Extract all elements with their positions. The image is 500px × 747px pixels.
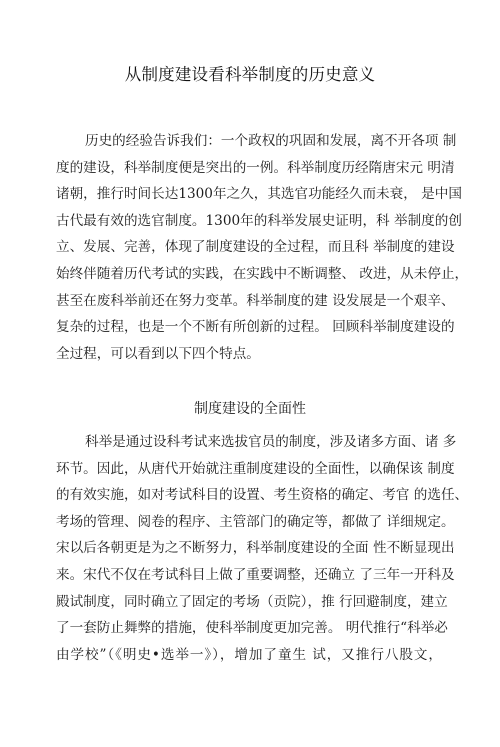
paragraph-intro: 历史的经验告诉我们：一个政权的巩固和发展，离不开各项 制 度的建设，科举制度便是…	[56, 128, 442, 367]
paragraph-line: 度的建设，科举制度便是突出的一例。科举制度历经隋唐宋元 明清	[56, 155, 442, 182]
paragraph-line: 宋以后各朝更是为之不断努力，科举制度建设的全面 性不断显现出	[56, 535, 442, 562]
paragraph-line: 科举是通过设科考试来选拔官员的制度，涉及诸多方面、诸 多	[56, 429, 442, 456]
paragraph-line: 全过程，可以看到以下四个特点。	[56, 341, 442, 368]
section-heading: 制度建设的全面性	[0, 398, 500, 418]
paragraph-line: 立、发展、完善，体现了制度建设的全过程，而且科 举制度的建设	[56, 234, 442, 261]
document-title: 从制度建设看科举制度的历史意义	[0, 61, 500, 85]
paragraph-line: 了一套防止舞弊的措施，使科举制度更加完善。 明代推行“科举必	[56, 615, 442, 642]
paragraph-line: 始终伴随着历代考试的实践，在实践中不断调整、 改进，从未停止，	[56, 261, 442, 288]
document-page: 从制度建设看科举制度的历史意义 历史的经验告诉我们：一个政权的巩固和发展，离不开…	[0, 0, 500, 747]
paragraph-line: 来。宋代不仅在考试科目上做了重要调整，还确立 了三年一开科及	[56, 562, 442, 589]
paragraph-line: 古代最有效的选官制度。1300年的科举发展史证明，科 举制度的创	[56, 208, 442, 235]
paragraph-line: 环节。因此，从唐代开始就注重制度建设的全面性，以确保该 制度	[56, 456, 442, 483]
paragraph-line: 历史的经验告诉我们：一个政权的巩固和发展，离不开各项 制	[56, 128, 442, 155]
paragraph-line: 考场的管理、阅卷的程序、主管部门的确定等，都做了 详细规定。	[56, 509, 442, 536]
paragraph-line: 复杂的过程，也是一个不断有所创新的过程。 回顾科举制度建设的	[56, 314, 442, 341]
paragraph-line: 由学校”（《明史•选举一》），增加了童生 试，又推行八股文，	[56, 642, 442, 669]
paragraph-line: 的有效实施，如对考试科目的设置、考生资格的确定、考官 的选任、	[56, 482, 442, 509]
paragraph-line: 殿试制度，同时确立了固定的考场（贡院），推 行回避制度，建立	[56, 589, 442, 616]
paragraph-line: 诸朝，推行时间长达1300年之久，其选官功能经久而未衰， 是中国	[56, 181, 442, 208]
paragraph-comprehensiveness: 科举是通过设科考试来选拔官员的制度，涉及诸多方面、诸 多 环节。因此，从唐代开始…	[56, 429, 442, 668]
paragraph-line: 甚至在废科举前还在努力变革。科举制度的建 设发展是一个艰辛、	[56, 288, 442, 315]
